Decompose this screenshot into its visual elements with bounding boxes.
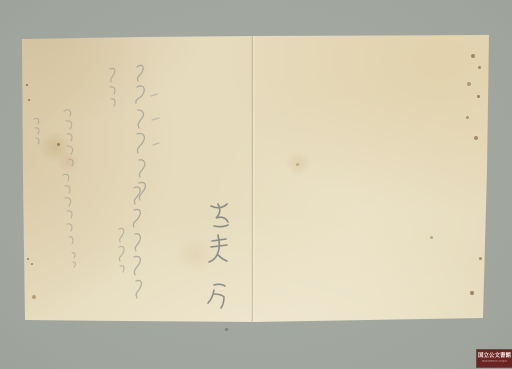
ink-column-main-lower — [133, 187, 141, 298]
foxing-spot — [477, 95, 480, 98]
ink-column-main-upper — [136, 65, 159, 200]
stain-blotch — [285, 150, 311, 176]
archives-watermark-en-text: National Archives of Japan — [482, 360, 507, 362]
foxing-spot — [31, 263, 33, 265]
foxing-spot — [479, 257, 482, 260]
dust-speck — [225, 328, 228, 331]
foxing-spot — [430, 236, 433, 239]
foxing-spot — [28, 99, 30, 101]
foxing-spot — [57, 143, 60, 146]
foxing-spot — [32, 295, 36, 299]
foxing-spot — [467, 82, 471, 86]
foxing-spot — [27, 258, 29, 260]
document-paper — [0, 0, 512, 369]
foxing-spot — [474, 136, 478, 140]
archives-watermark-stamp: 国立公文書館 National Archives of Japan — [477, 350, 512, 367]
foxing-spot — [470, 291, 474, 295]
archive-photo-background: 国立公文書館 National Archives of Japan — [0, 0, 512, 369]
foxing-spot — [471, 54, 475, 58]
fold-crease — [251, 34, 255, 324]
foxing-spot — [26, 84, 28, 86]
ink-column-small — [110, 68, 124, 272]
foxing-spot — [478, 66, 481, 69]
ink-column-center-dark — [208, 204, 228, 308]
foxing-spot — [466, 116, 469, 119]
stain-blotch — [38, 132, 72, 162]
stain-blotch — [175, 235, 215, 275]
handwriting-show-through — [0, 0, 512, 369]
foxing-spot — [296, 163, 299, 166]
ink-column-left — [34, 110, 75, 267]
archives-watermark-jp-text: 国立公文書館 — [478, 353, 511, 359]
red-seal-show-through — [58, 150, 78, 174]
